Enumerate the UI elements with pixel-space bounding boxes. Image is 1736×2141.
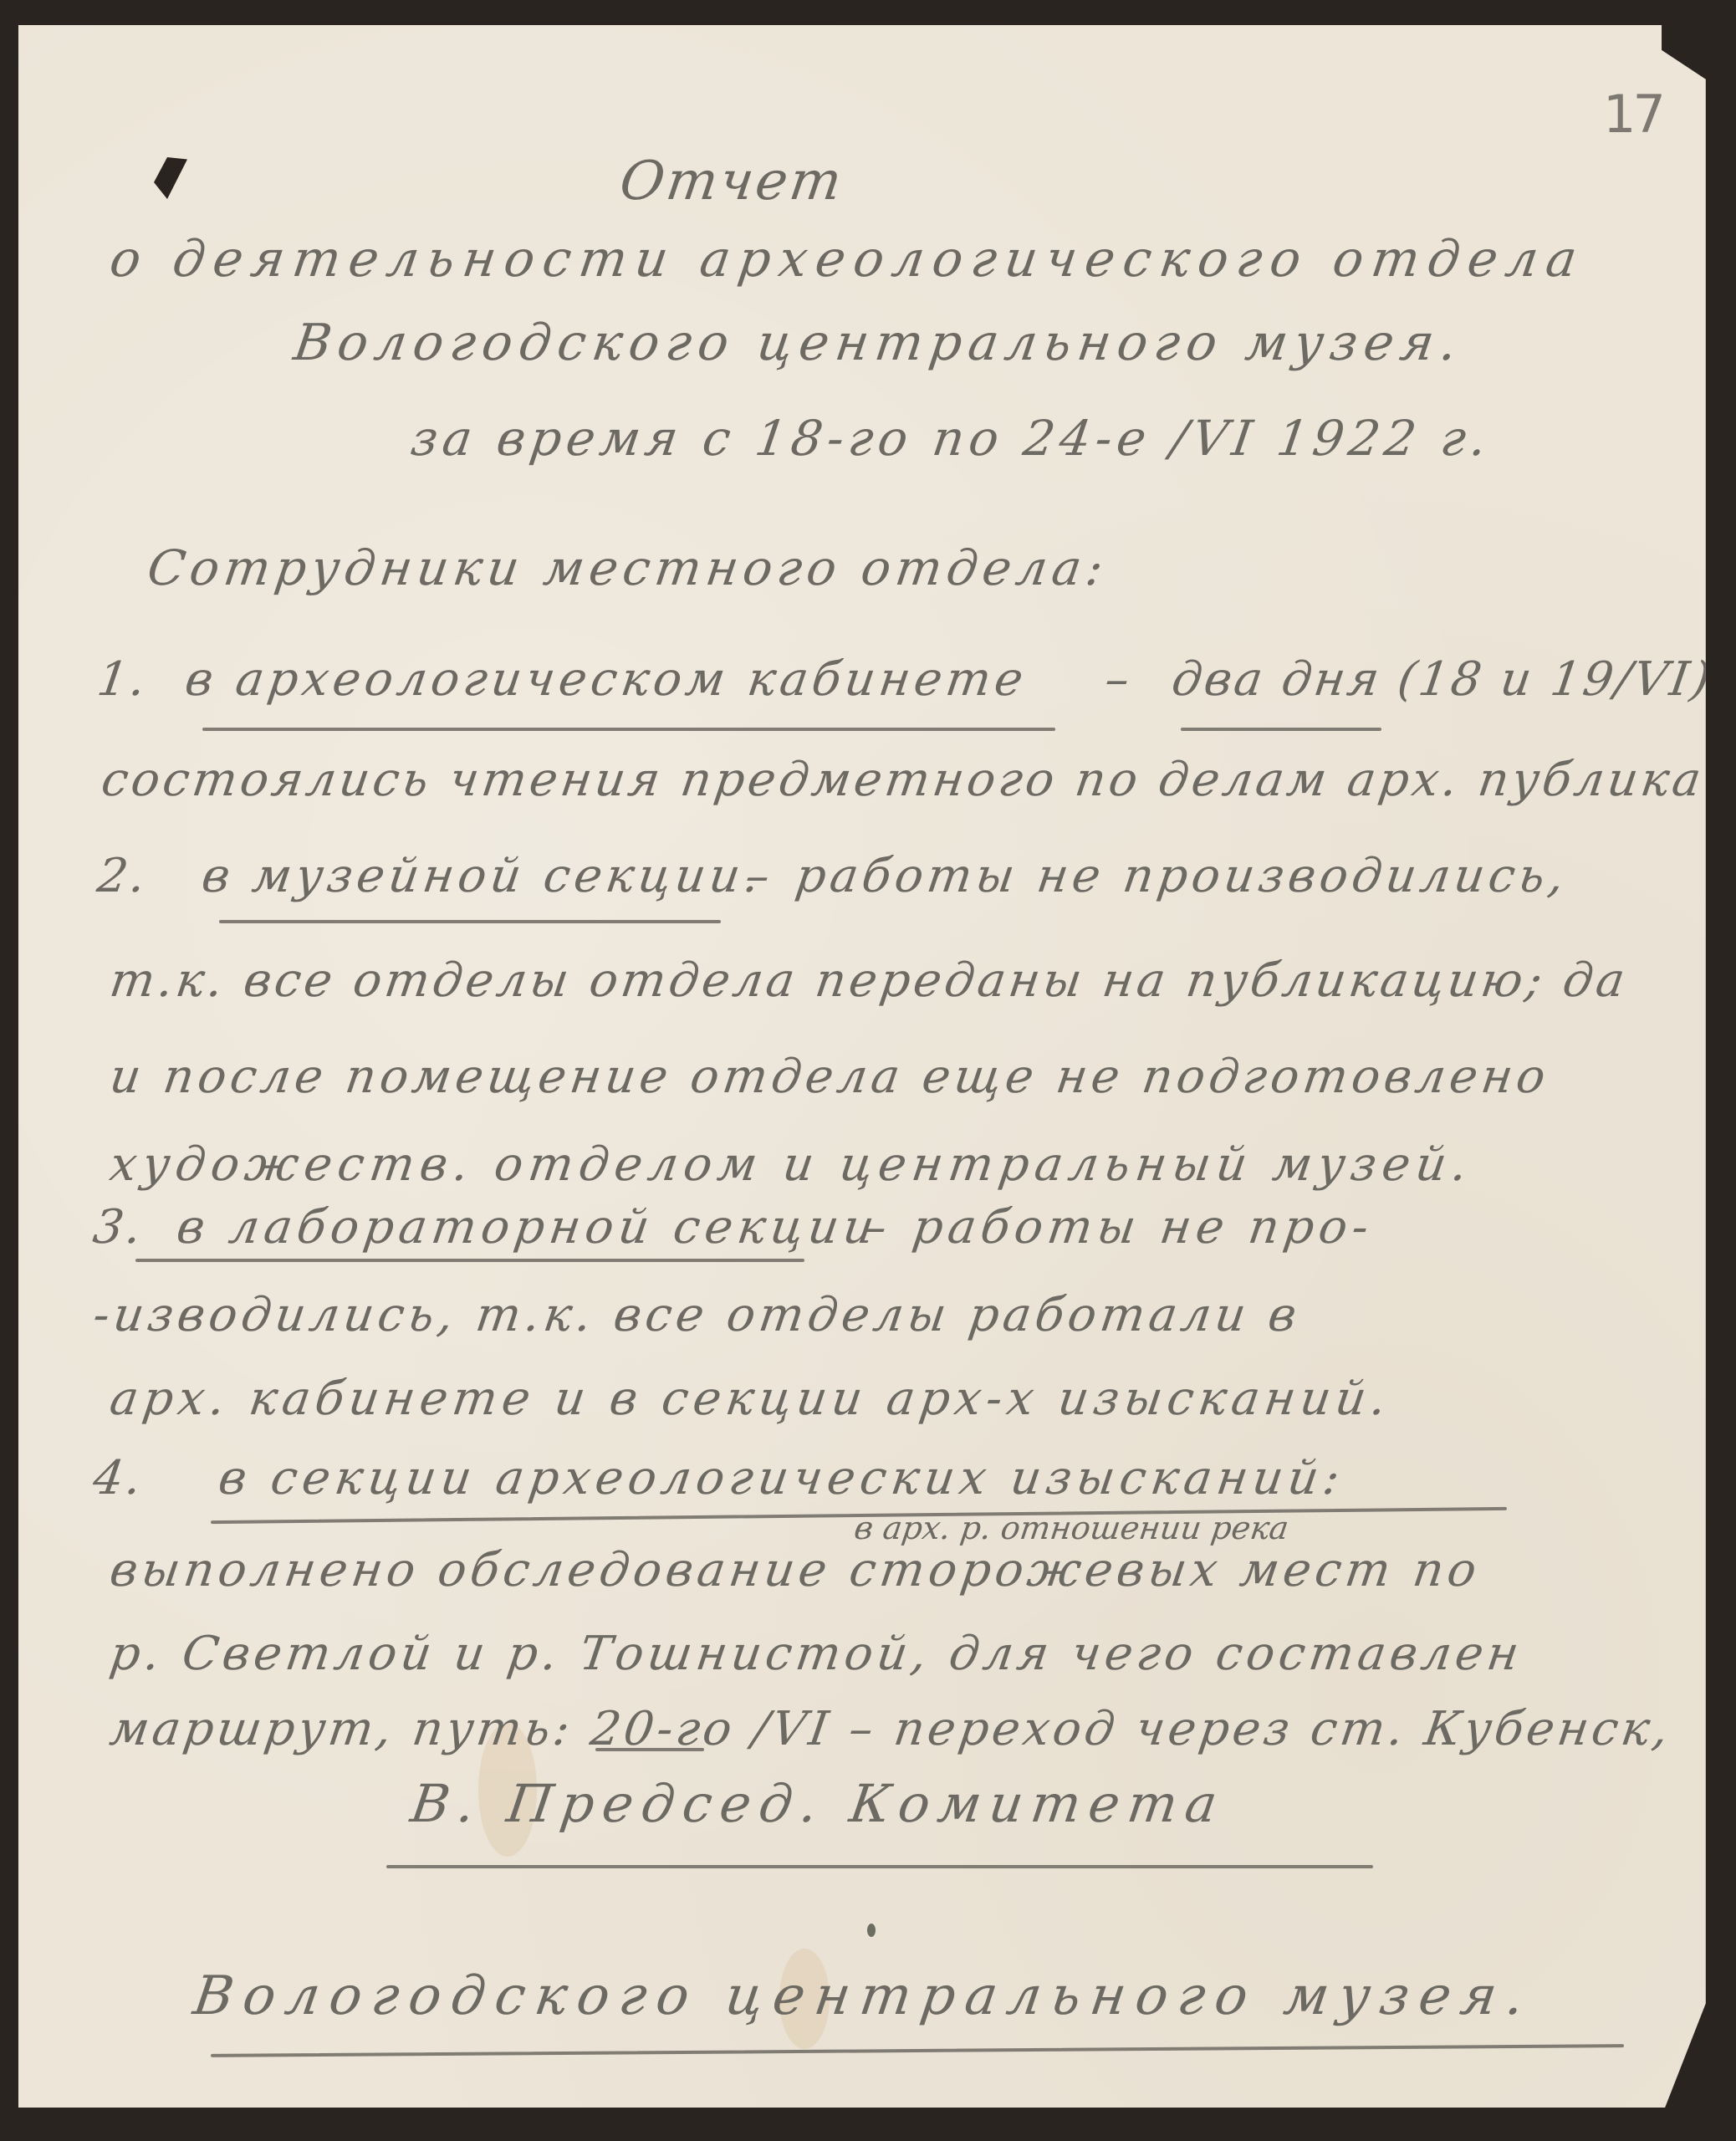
item-4-continuation-1: выполнено обследование сторожевых мест п…	[106, 1543, 1483, 1597]
intro-text: Сотрудники местного отдела:	[144, 539, 1111, 596]
item-4-date-underline	[595, 1748, 704, 1751]
item-1-detail: (18 и 19/VI)	[1394, 652, 1715, 707]
item-1-detail-underlined: два дня	[1168, 652, 1385, 707]
item-4-heading: в секции археологических изысканий:	[215, 1451, 1347, 1505]
item-3-continuation-1: -изводились, т.к. все отделы работали в	[89, 1288, 1304, 1342]
item-3-heading-underline	[135, 1259, 804, 1262]
item-4-continuation-2: р. Светлой и р. Тошнистой, для чего сост…	[106, 1627, 1526, 1681]
item-2-continuation-3: художеств. отделом и центральный музей.	[106, 1137, 1476, 1192]
item-2-number: 2.	[94, 849, 151, 903]
signature-title: В. Председ. Комитета	[407, 1773, 1229, 1834]
item-1-number: 1.	[94, 652, 151, 707]
item-1-continuation: состоялись чтения предметного по делам а…	[98, 753, 1736, 807]
item-1-dash: –	[1101, 652, 1135, 707]
item-1-detail-underline	[1181, 728, 1381, 731]
document-page: 17 Отчет о деятельности археологического…	[18, 25, 1716, 2108]
document-title: Отчет	[616, 151, 848, 212]
item-2-continuation-1: т.к. все отделы отдела переданы на публи…	[106, 953, 1631, 1008]
ink-dot	[867, 1924, 876, 1937]
item-2-heading: в музейной секции.	[198, 849, 767, 903]
item-1-heading-underline	[202, 728, 1055, 731]
item-2-heading-underline	[219, 920, 721, 923]
page-number: 17	[1603, 84, 1662, 145]
item-2-continuation-2: и после помещение отдела еще не подготов…	[106, 1050, 1553, 1104]
document-period: за время с 18-го по 24-е /VI 1922 г.	[407, 410, 1495, 467]
signature-institution-underline	[211, 2044, 1624, 2057]
item-3-detail: работы не про-	[909, 1200, 1376, 1254]
document-subtitle-line2: Вологодского центрального музея.	[290, 314, 1468, 372]
item-4-insertion: в арх. р. отношении река	[852, 1510, 1291, 1546]
item-4-continuation-3: маршрут, путь: 20-го /VI – переход через…	[106, 1702, 1675, 1756]
signature-institution: Вологодского центрального музея.	[190, 1965, 1538, 2027]
item-4-number: 4.	[89, 1451, 147, 1505]
item-3-continuation-2: арх. кабинете и в секции арх-х изысканий…	[106, 1372, 1394, 1426]
item-1-heading: в археологическом кабинете	[181, 652, 1030, 707]
item-3-number: 3.	[89, 1200, 147, 1254]
document-subtitle-line1: о деятельности археологического отдела	[106, 230, 1589, 289]
item-2-detail: работы не производились,	[792, 849, 1571, 903]
item-3-heading: в лабораторной секции	[173, 1200, 882, 1254]
signature-title-underline	[386, 1865, 1373, 1868]
